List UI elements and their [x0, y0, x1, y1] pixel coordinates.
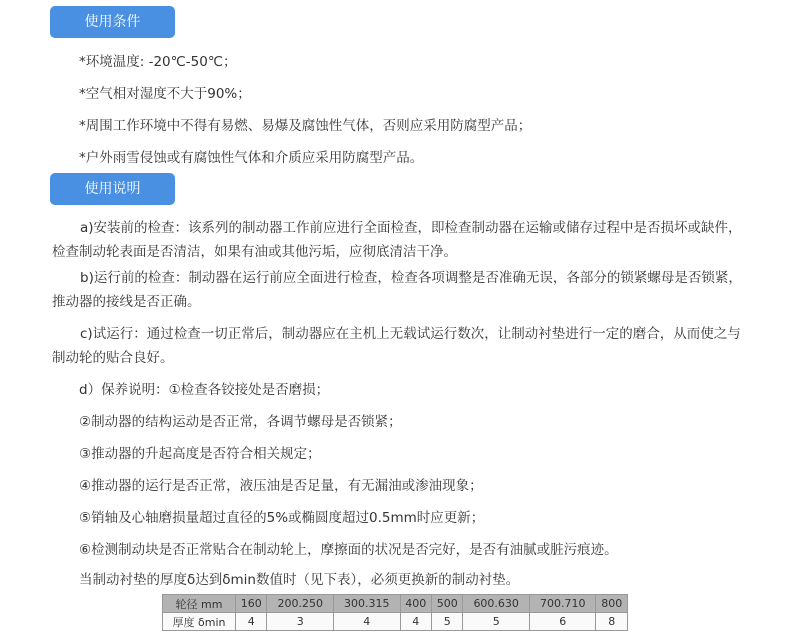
maintenance-item-6: ⑥检测制动块是否正常贴合在制动轮上，摩擦面的状况是否完好，是否有油腻或脏污痕迹。	[79, 538, 618, 558]
maintenance-item-3: ③推动器的升起高度是否符合相关规定；	[79, 442, 321, 462]
row-cell: 5	[463, 613, 530, 631]
condition-outdoor: *户外雨雪侵蚀或有腐蚀性气体和介质应采用防腐型产品。	[79, 146, 423, 166]
condition-environment: *周围工作环境中不得有易燃、易爆及腐蚀性气体，否则应采用防腐型产品；	[79, 114, 531, 134]
brake-lining-thickness-table: 轮径 mm 160 200.250 300.315 400 500 600.63…	[162, 594, 628, 631]
header-cell: 700.710	[529, 595, 596, 613]
row-cell: 厚度 δmin	[163, 613, 236, 631]
row-cell: 4	[400, 613, 431, 631]
header-cell: 500	[431, 595, 462, 613]
table-row: 厚度 δmin 4 3 4 4 5 5 6 8	[163, 613, 628, 631]
row-cell: 4	[236, 613, 267, 631]
header-cell: 800	[596, 595, 628, 613]
instruction-b: b)运行前的检查：制动器在运行前应全面进行检查，检查各项调整是否准确无误，各部分…	[52, 266, 752, 314]
header-cell: 600.630	[463, 595, 530, 613]
maintenance-item-2: ②制动器的结构运动是否正常，各调节螺母是否锁紧；	[79, 410, 402, 430]
header-cell: 400	[400, 595, 431, 613]
maintenance-item-1: d）保养说明：①检查各铰接处是否磨损；	[79, 378, 329, 398]
table-header-row: 轮径 mm 160 200.250 300.315 400 500 600.63…	[163, 595, 628, 613]
header-cell: 轮径 mm	[163, 595, 236, 613]
section-conditions-button[interactable]: 使用条件	[50, 6, 175, 38]
row-cell: 4	[333, 613, 400, 631]
header-cell: 300.315	[333, 595, 400, 613]
condition-humidity: *空气相对湿度不大于90%；	[79, 82, 251, 102]
maintenance-item-5: ⑤销轴及心轴磨损量超过直径的5%或椭圆度超过0.5mm时应更新；	[79, 506, 484, 526]
row-cell: 6	[529, 613, 596, 631]
replacement-note: 当制动衬垫的厚度δ达到δmin数值时（见下表），必须更换新的制动衬垫。	[79, 568, 519, 588]
row-cell: 3	[267, 613, 334, 631]
section-instructions-button[interactable]: 使用说明	[50, 173, 175, 205]
maintenance-item-4: ④推动器的运行是否正常，液压油是否足量，有无漏油或渗油现象；	[79, 474, 483, 494]
row-cell: 5	[431, 613, 462, 631]
header-cell: 200.250	[267, 595, 334, 613]
instruction-c: c)试运行：通过检查一切正常后，制动器应在主机上无载试运行数次，让制动衬垫进行一…	[52, 322, 752, 370]
header-cell: 160	[236, 595, 267, 613]
instruction-a: a)安装前的检查：该系列的制动器工作前应进行全面检查，即检查制动器在运输或储存过…	[52, 216, 752, 264]
row-cell: 8	[596, 613, 628, 631]
condition-temperature: *环境温度: -20℃-50℃；	[79, 50, 237, 70]
